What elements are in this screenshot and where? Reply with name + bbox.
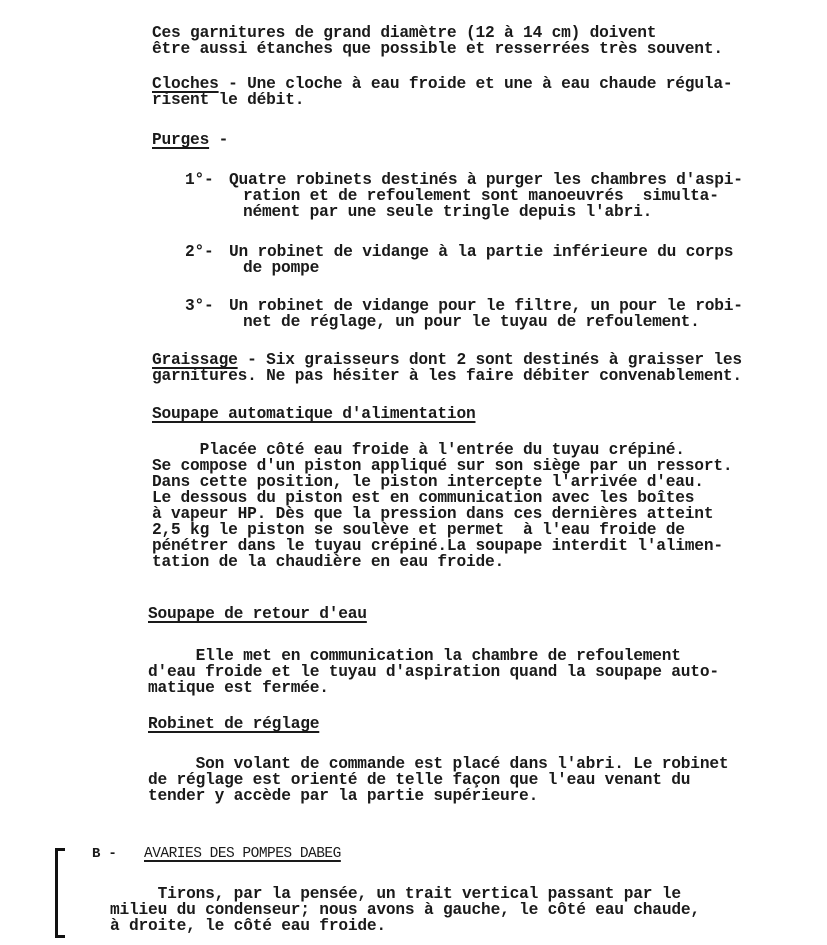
- purge-item-line: Un robinet de vidange pour le filtre, un…: [229, 298, 743, 314]
- soupape-automatique-line: Le dessous du piston est en communicatio…: [152, 490, 694, 506]
- margin-bracket: [55, 848, 65, 938]
- soupape-automatique-line: pénétrer dans le tuyau crépiné.La soupap…: [152, 538, 723, 554]
- section-b-line: milieu du condenseur; nous avons à gauch…: [110, 902, 700, 918]
- intro-paragraph-line: être aussi étanches que possible et ress…: [152, 41, 723, 57]
- purge-item-line: net de réglage, un pour le tuyau de refo…: [243, 314, 700, 330]
- soupape-automatique-line: Dans cette position, le piston intercept…: [152, 474, 704, 490]
- soupape-retour-line: matique est fermée.: [148, 680, 329, 696]
- robinet-reglage-heading: Robinet de réglage: [148, 716, 319, 732]
- cloches-paragraph: Cloches - Une cloche à eau froide et une…: [152, 76, 732, 92]
- purge-item-line: Quatre robinets destinés à purger les ch…: [229, 172, 743, 188]
- robinet-reglage-line: de réglage est orienté de telle façon qu…: [148, 772, 690, 788]
- robinet-reglage-line: Son volant de commande est placé dans l'…: [148, 756, 728, 772]
- soupape-retour-line: d'eau froide et le tuyau d'aspiration qu…: [148, 664, 719, 680]
- section-b-label: B -: [92, 846, 117, 862]
- cloches-paragraph-line: risent le débit.: [152, 92, 304, 108]
- soupape-automatique-line: à vapeur HP. Dès que la pression dans ce…: [152, 506, 713, 522]
- robinet-reglage-line: tender y accède par la partie supérieure…: [148, 788, 538, 804]
- graissage-paragraph-line: garnitures. Ne pas hésiter à les faire d…: [152, 368, 742, 384]
- section-b-heading: AVARIES DES POMPES DABEG: [144, 846, 341, 862]
- section-b-line: Tirons, par la pensée, un trait vertical…: [110, 886, 681, 902]
- purge-item-line: nément par une seule tringle depuis l'ab…: [243, 204, 652, 220]
- purges-dash: -: [209, 131, 228, 149]
- purge-item-number: 2°-: [185, 244, 214, 260]
- purges-paragraph: Purges -: [152, 132, 228, 148]
- graissage-paragraph: Graissage - Six graisseurs dont 2 sont d…: [152, 352, 742, 368]
- intro-paragraph-line: Ces garnitures de grand diamètre (12 à 1…: [152, 25, 656, 41]
- soupape-retour-line: Elle met en communication la chambre de …: [148, 648, 681, 664]
- soupape-automatique-line: 2,5 kg le piston se soulève et permet à …: [152, 522, 685, 538]
- purge-item-number: 1°-: [185, 172, 214, 188]
- purge-item-number: 3°-: [185, 298, 214, 314]
- purge-item-line: ration et de refoulement sont manoeuvrés…: [243, 188, 719, 204]
- purges-heading: Purges: [152, 131, 209, 149]
- soupape-automatique-line: tation de la chaudière en eau froide.: [152, 554, 504, 570]
- soupape-automatique-line: Placée côté eau froide à l'entrée du tuy…: [152, 442, 685, 458]
- purge-item-line: Un robinet de vidange à la partie inféri…: [229, 244, 733, 260]
- soupape-automatique-heading: Soupape automatique d'alimentation: [152, 406, 475, 422]
- soupape-retour-heading: Soupape de retour d'eau: [148, 606, 367, 622]
- soupape-automatique-line: Se compose d'un piston appliqué sur son …: [152, 458, 732, 474]
- purge-item-line: de pompe: [243, 260, 319, 276]
- section-b-line: à droite, le côté eau froide.: [110, 918, 386, 934]
